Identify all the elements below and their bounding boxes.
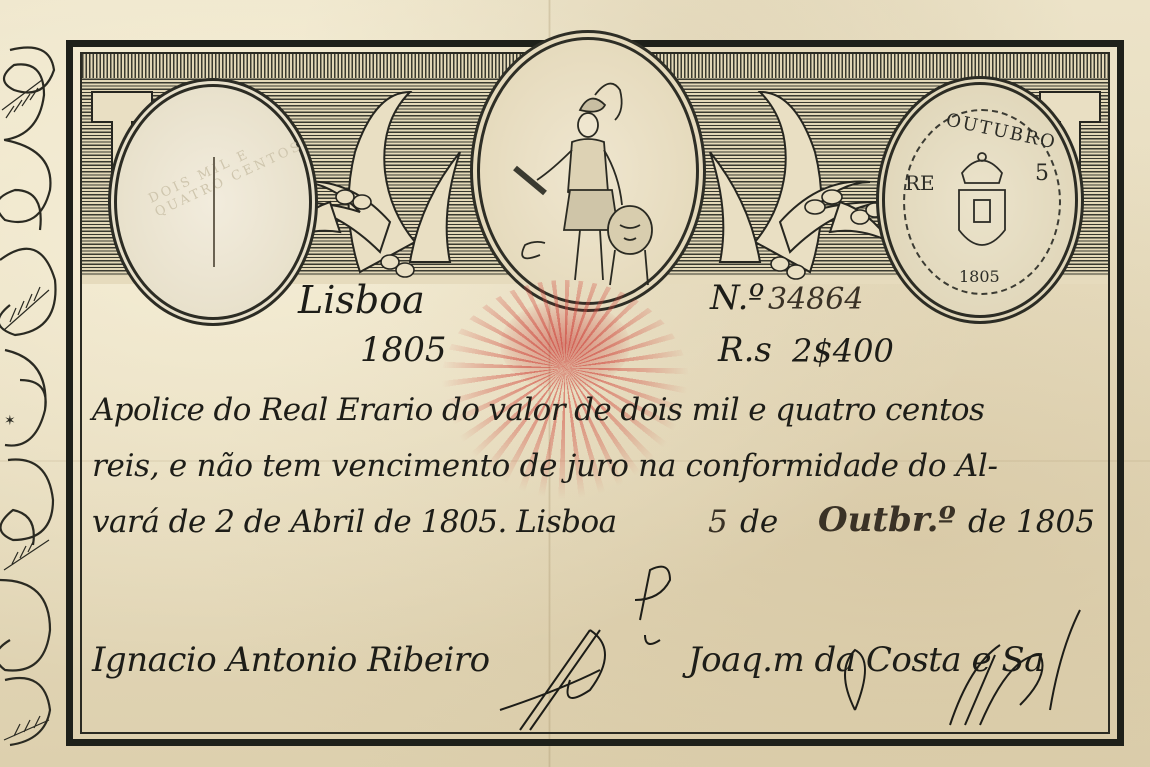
left-scroll-ornament: ✶: [0, 30, 64, 750]
year-label: 1805: [360, 330, 447, 370]
stamp-re: RE: [905, 171, 935, 195]
serial-number: 34864: [768, 282, 863, 317]
place-label: Lisboa: [298, 278, 425, 322]
blind-emboss-text: DOIS MIL E QUATRO CENTOS: [146, 124, 307, 220]
stamp-day: 5: [1035, 161, 1049, 186]
date-de: de: [740, 504, 778, 540]
body-line-2: reis, e não tem vencimento de juro na co…: [92, 448, 998, 484]
amount-value: 2$400: [792, 332, 894, 370]
warrior-with-lion-vignette: [500, 70, 680, 300]
body-line-3-printed: vará de 2 de Abril de 1805. Lisboa: [92, 504, 617, 540]
signature-left: Ignacio Antonio Ribeiro: [92, 640, 490, 680]
date-year: de 1805: [968, 504, 1095, 540]
central-vignette-medallion: [470, 30, 706, 312]
amount-prefix: R.s: [718, 330, 772, 370]
royal-arms-icon: [947, 145, 1017, 265]
stamp-year: 1805: [959, 267, 1000, 286]
red-seal-center: [500, 300, 630, 390]
right-date-stamp-medallion: OUTUBRO RE 5 1805: [876, 76, 1084, 324]
left-blind-embossed-medallion: DOIS MIL E QUATRO CENTOS: [108, 78, 318, 326]
date-month-handwritten: Outbr.º: [818, 500, 955, 540]
body-line-1: Apolice do Real Erario do valor de dois …: [92, 392, 984, 428]
number-prefix: N.º: [710, 278, 764, 318]
date-day: 5: [708, 504, 728, 540]
star-mark: ✶: [4, 413, 16, 429]
signature-flourishes: [460, 560, 1120, 740]
